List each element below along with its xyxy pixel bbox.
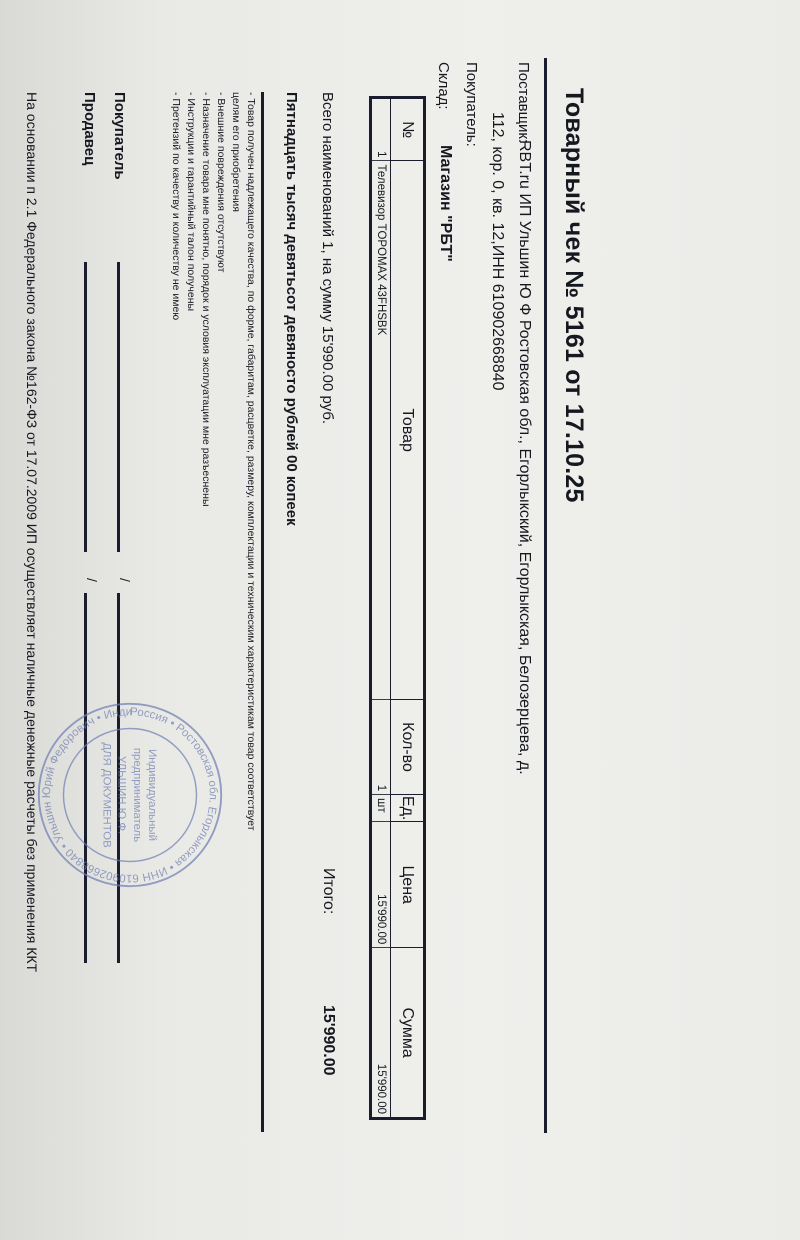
condition-item-continuation: целям его приобретения xyxy=(228,92,243,831)
stamp-inner-text: ИндивидуальныйпредпринимательУЛЬШИН Ю.Ф.… xyxy=(100,742,158,847)
row-price: 15'990.00 xyxy=(371,822,391,948)
seller-signature-label: Продавец xyxy=(81,92,98,165)
seller-signature-separator: / xyxy=(84,578,100,582)
row-unit: шт xyxy=(371,795,391,822)
photo-background: Товарный чек № 5161 от 17.10.25 Поставщи… xyxy=(0,0,800,1240)
conditions-divider xyxy=(261,92,264,1132)
condition-item: - Товар получен надлежащего качества, по… xyxy=(243,92,258,831)
legal-footer: На основании п 2.1 Федерального закона №… xyxy=(24,92,40,972)
supplier-value-line1: RBT.ru ИП Ульшин Ю Ф Ростовская обл., Ег… xyxy=(515,140,533,775)
store-value: Магазин "РБТ" xyxy=(436,145,454,262)
row-number: 1 xyxy=(371,98,391,161)
company-stamp: Россия • Ростовская обл. Егорлыкская • И… xyxy=(35,700,225,890)
store-label: Склад: xyxy=(435,62,452,110)
table-header-row: № Товар Кол-во Ед. Цена Сумма xyxy=(391,98,425,1119)
table-row: 1 Телевизор TOPOMAX 43FHSBK 1 шт 15'990.… xyxy=(371,98,391,1119)
row-product: Телевизор TOPOMAX 43FHSBK xyxy=(371,161,391,699)
seller-signature-line xyxy=(84,262,87,552)
amount-in-words: Пятнадцать тысяч девятьсот девяносто руб… xyxy=(283,92,300,526)
col-unit: Ед. xyxy=(391,795,425,822)
svg-text:УЛЬШИН Ю.Ф.: УЛЬШИН Ю.Ф. xyxy=(116,756,128,834)
svg-text:ДЛЯ ДОКУМЕНТОВ: ДЛЯ ДОКУМЕНТОВ xyxy=(100,742,112,847)
col-price: Цена xyxy=(391,822,425,948)
col-product: Товар xyxy=(391,161,425,699)
buyer-signature-line xyxy=(117,262,120,552)
items-table: № Товар Кол-во Ед. Цена Сумма 1 Телевизо… xyxy=(369,96,426,1120)
receipt-title: Товарный чек № 5161 от 17.10.25 xyxy=(559,88,588,503)
svg-text:Индивидуальный: Индивидуальный xyxy=(146,749,158,841)
items-count-summary: Всего наименований 1, на сумму 15'990.00… xyxy=(319,92,336,424)
col-sum: Сумма xyxy=(391,948,425,1119)
buyer-label: Покупатель: xyxy=(463,62,480,147)
total-label: Итого: xyxy=(319,868,337,914)
supplier-label: Поставщик: xyxy=(515,62,532,143)
buyer-signature-label: Покупатель xyxy=(111,92,128,180)
total-value: 15'990.00 xyxy=(319,1005,337,1076)
buyer-signature-separator: / xyxy=(117,578,133,582)
col-number: № xyxy=(391,98,425,161)
svg-text:предприниматель: предприниматель xyxy=(131,748,143,842)
stamp-inner-ring xyxy=(64,729,197,862)
supplier-value-line2: 112, кор. 0, кв. 12,ИНН 610902668840 xyxy=(488,112,506,391)
title-divider xyxy=(544,58,547,1133)
stamp-outer-ring xyxy=(39,704,221,886)
row-sum: 15'990.00 xyxy=(371,948,391,1119)
receipt-page: Товарный чек № 5161 от 17.10.25 Поставщи… xyxy=(0,0,800,1240)
row-quantity: 1 xyxy=(371,699,391,794)
col-quantity: Кол-во xyxy=(391,699,425,794)
